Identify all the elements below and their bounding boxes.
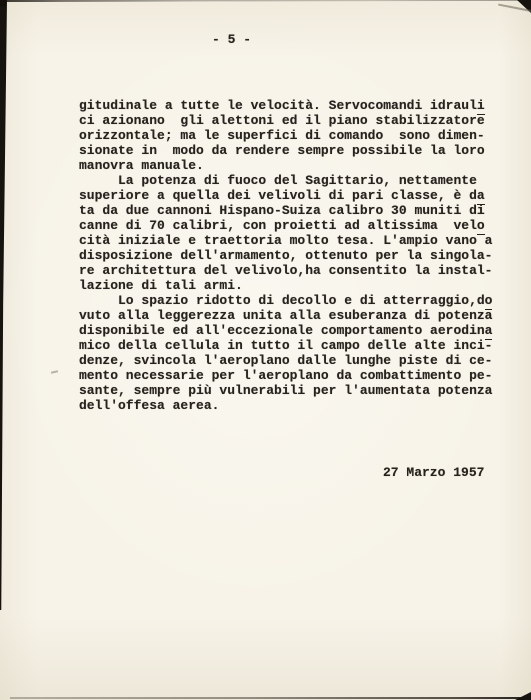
margin-smudge — [51, 370, 58, 373]
scan-corner-bottom-right — [515, 692, 531, 700]
scan-edge-bottom — [10, 697, 531, 699]
text-line: cità iniziale e traettoria molto tesa. L… — [79, 233, 492, 248]
text-line: denze, svincola l'aeroplano dalle lunghe… — [79, 353, 492, 368]
text-line: Lo spazio ridotto di decollo e di atterr… — [79, 293, 492, 308]
text-line: La potenza di fuoco del Sagittario, nett… — [79, 173, 492, 188]
paragraph: La potenza di fuoco del Sagittario, nett… — [79, 173, 492, 293]
text-line: ta da due cannoni Hispano-Suiza calibro … — [79, 203, 492, 218]
text-line: sante, sempre più vulnerabili per l'aume… — [79, 383, 492, 398]
text-line: disposizione dell'armamento, ottenuto pe… — [79, 248, 492, 263]
text-block: gitudinale a tutte le velocità. Servocom… — [79, 98, 492, 413]
scan-edge-top — [0, 0, 531, 2]
paragraph: gitudinale a tutte le velocità. Servocom… — [79, 98, 492, 173]
text-line: manovra manuale. — [79, 158, 492, 173]
text-line: sionate in modo da rendere sempre possib… — [79, 143, 492, 158]
date-line: 27 Marzo 1957 — [383, 465, 484, 480]
text-line: superiore a quella dei velivoli di pari … — [79, 188, 492, 203]
text-line: lazione di tali armi. — [79, 278, 492, 293]
text-line: canne di 70 calibri, con proietti ad alt… — [79, 218, 492, 233]
text-line: dell'offesa aerea. — [79, 398, 492, 413]
text-line: re architettura del velivolo,ha consenti… — [79, 263, 492, 278]
paragraph: Lo spazio ridotto di decollo e di atterr… — [79, 293, 492, 413]
text-line: mico della cellula in tutto il campo del… — [79, 338, 492, 353]
text-line: disponibile ed all'eccezionale comportam… — [79, 323, 492, 338]
text-line: mento necessarie per l'aeroplano da comb… — [79, 368, 492, 383]
margin-mark — [0, 0, 5, 5]
page-number: - 5 - — [212, 32, 251, 47]
scan-edge-left — [0, 0, 7, 610]
text-line: vuto alla leggerezza unita alla esuberan… — [79, 308, 492, 323]
text-line: gitudinale a tutte le velocità. Servocom… — [79, 98, 492, 113]
text-line: ci azionano gli alettoni ed il piano sta… — [79, 113, 492, 128]
text-line: orizzontale; ma le superfici di comando … — [79, 128, 492, 143]
